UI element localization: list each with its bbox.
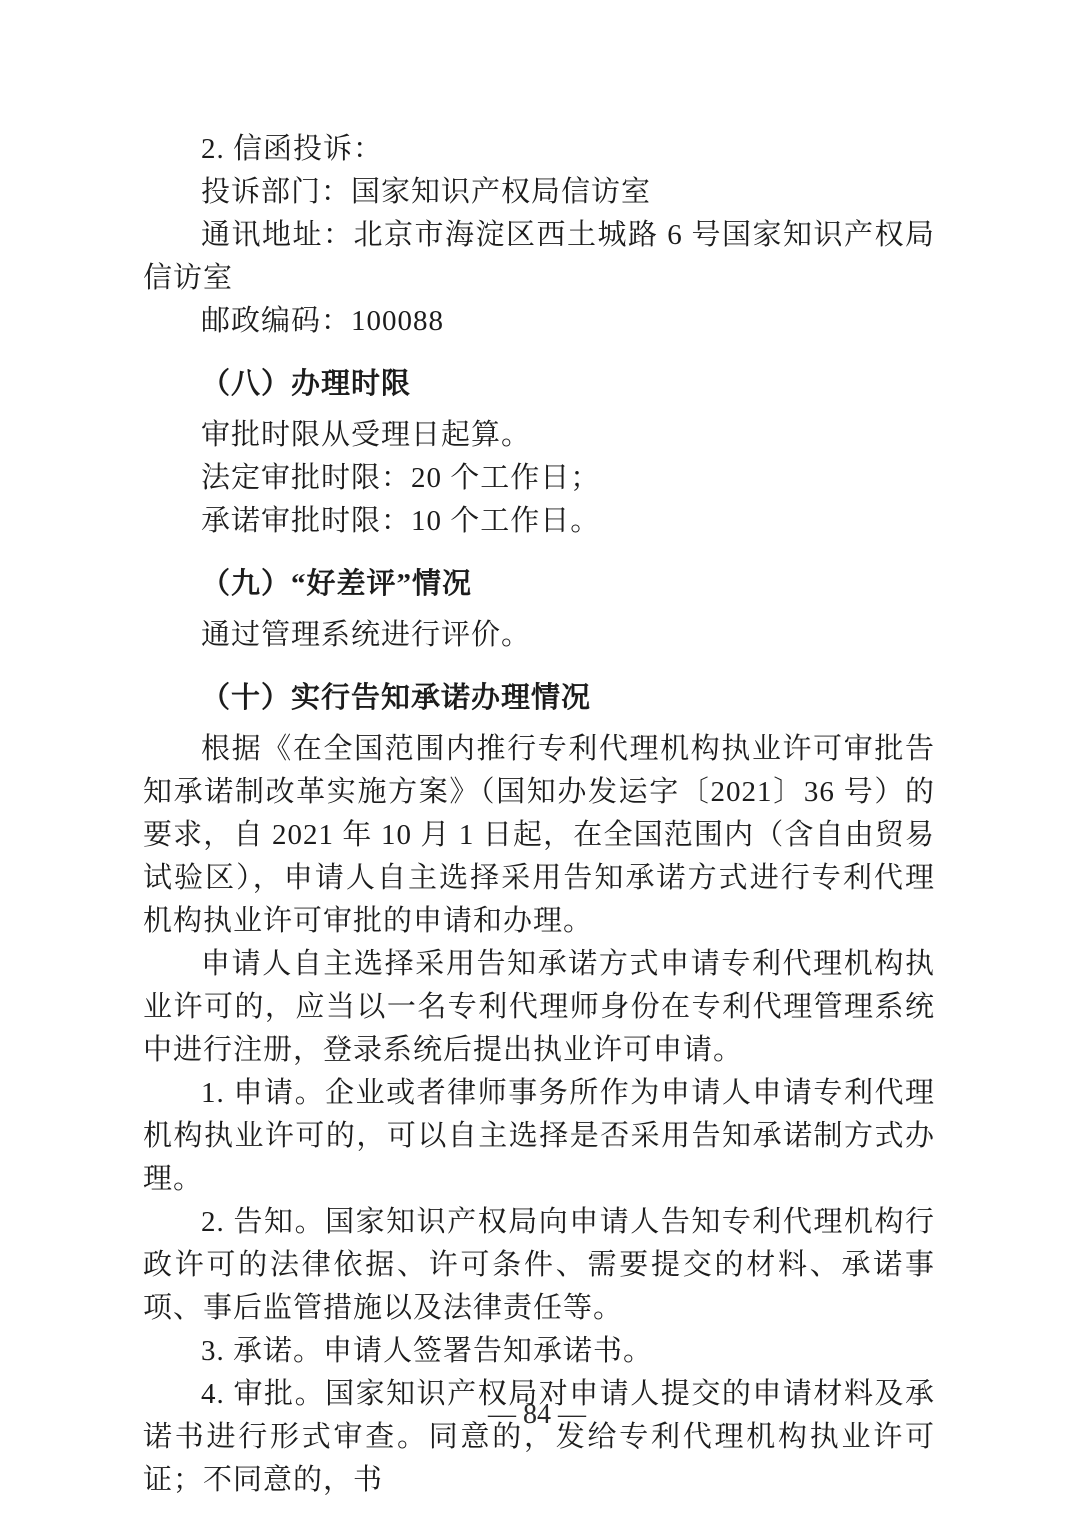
paragraph: 通讯地址：北京市海淀区西土城路 6 号国家知识产权局信访室 — [143, 214, 935, 300]
paragraph: 根据《在全国范围内推行专利代理机构执业许可审批告知承诺制改革实施方案》（国知办发… — [143, 728, 935, 943]
document-body: 2. 信函投诉：投诉部门：国家知识产权局信访室通讯地址：北京市海淀区西土城路 6… — [143, 128, 935, 1502]
paragraph: 2. 信函投诉： — [143, 128, 935, 171]
document-page: 2. 信函投诉：投诉部门：国家知识产权局信访室通讯地址：北京市海淀区西土城路 6… — [0, 0, 1074, 1520]
paragraph: 承诺审批时限：10 个工作日。 — [143, 500, 935, 543]
paragraph: 3. 承诺。申请人签署告知承诺书。 — [143, 1330, 935, 1373]
section-heading: （九）“好差评”情况 — [143, 563, 935, 606]
paragraph: 投诉部门：国家知识产权局信访室 — [143, 171, 935, 214]
paragraph: 申请人自主选择采用告知承诺方式申请专利代理机构执业许可的，应当以一名专利代理师身… — [143, 943, 935, 1072]
paragraph: 4. 审批。国家知识产权局对申请人提交的申请材料及承诺书进行形式审查。同意的，发… — [143, 1373, 935, 1502]
paragraph: 法定审批时限：20 个工作日； — [143, 457, 935, 500]
section-heading: （十）实行告知承诺办理情况 — [143, 677, 935, 720]
paragraph: 邮政编码：100088 — [143, 300, 935, 343]
paragraph: 通过管理系统进行评价。 — [143, 614, 935, 657]
paragraph: 2. 告知。国家知识产权局向申请人告知专利代理机构行政许可的法律依据、许可条件、… — [143, 1201, 935, 1330]
page-number: — 84 — — [0, 1398, 1074, 1432]
paragraph: 1. 申请。企业或者律师事务所作为申请人申请专利代理机构执业许可的，可以自主选择… — [143, 1072, 935, 1201]
paragraph: 审批时限从受理日起算。 — [143, 414, 935, 457]
section-heading: （八）办理时限 — [143, 363, 935, 406]
